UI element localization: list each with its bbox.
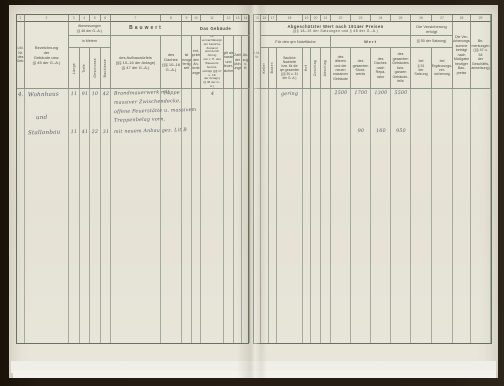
header-wert-2: des gesamten Stock- werks <box>351 48 371 89</box>
col-number: 3 <box>69 15 80 22</box>
entry-wert: 5500 <box>391 91 411 97</box>
scanned-ledger-photo: 1 2 3 4 5 6 7 8 9 10 11 12 13 14 Lfd. Nr… <box>0 0 504 386</box>
header-laenge: Länge <box>69 48 80 89</box>
entry-measure: 22 <box>90 130 100 135</box>
body-column <box>391 89 411 343</box>
header-satzung: bei § 51 der Satzung <box>411 48 432 89</box>
body-column <box>25 89 69 343</box>
zuschlag-label: Zuschlag <box>313 60 317 76</box>
header-versicherungssumme: Die Ver- sicherungs- summe beträgt nach … <box>453 22 471 89</box>
right-page: 15 16 17 18 19 20 21 22 23 24 25 26 27 2… <box>253 14 492 344</box>
entry-measure: 11 <box>69 130 79 135</box>
body-column <box>303 89 311 343</box>
body-column <box>224 89 234 343</box>
col-number: 26 <box>411 15 432 22</box>
col-number: 2 <box>25 15 69 22</box>
entry-number: 4. <box>18 92 24 98</box>
col-number: 7 <box>111 15 161 22</box>
col-number: 12 <box>224 15 234 22</box>
left-body: 4. Wohnhaus und Stallanbau 11 91 10 42 1… <box>17 89 248 343</box>
entry-nachteile: gering <box>281 92 298 97</box>
geschosse-label: Geschosse <box>93 58 97 78</box>
body-column <box>432 89 453 343</box>
col-number: 19 <box>303 15 311 22</box>
body-column <box>411 89 432 343</box>
header-wert-group: Wert <box>331 36 411 48</box>
col-number: 5 <box>90 15 101 22</box>
bauklasse-label: Bauklasse <box>103 59 107 77</box>
col-number: 8 <box>161 15 182 22</box>
entry-wert: 1300 <box>371 91 391 97</box>
body-column <box>277 89 303 343</box>
header-zuschlag: Zuschlag <box>311 48 321 89</box>
tiefe-label: Tiefe <box>82 64 86 73</box>
header-versicherung: Die Versicherung erfolgt <box>411 22 453 36</box>
header-anforderungen: ent- spricht den An- forde- rungen <box>192 36 201 89</box>
col-number: 29 <box>471 15 491 22</box>
entry-measure: 91 <box>80 92 90 97</box>
body-column <box>69 89 80 343</box>
header-wert-4: des gesamten Gebäudes bzw. ganzen Gebäud… <box>391 48 411 89</box>
header-wert-1: des älteren und der neuen massiven Gebäu… <box>331 48 351 89</box>
entry-wert-row4: 160 <box>371 129 391 135</box>
body-column <box>111 89 161 343</box>
entry-wert-row4: 950 <box>391 129 411 135</box>
entry-dach-value: Pappe <box>164 91 180 96</box>
abschlag-label: Abschlag <box>323 60 327 76</box>
col-number: 18 <box>277 15 303 22</box>
body-column <box>331 89 351 343</box>
header-qm-nutzflaeche: Für den qm Nutzfläche <box>261 36 331 48</box>
body-column <box>321 89 331 343</box>
header-tiefe: Tiefe <box>80 48 91 89</box>
header-massiv: gilt als massiv und feuer- sicher <box>224 36 234 89</box>
col-number: 24 <box>371 15 391 22</box>
body-column <box>269 89 277 343</box>
body-column <box>17 89 25 343</box>
page-fold-shadow <box>237 5 267 378</box>
entry-wert-row4: 90 <box>351 129 371 135</box>
header-boden: Boden <box>269 48 277 89</box>
col-number: 4 <box>80 15 91 22</box>
header-hof: Hof <box>303 48 311 89</box>
col-number: 27 <box>432 15 453 22</box>
col-number: 20 <box>311 15 321 22</box>
right-header: 15 16 17 18 19 20 21 22 23 24 25 26 27 2… <box>254 15 491 89</box>
entry-measure: 11 <box>69 92 79 97</box>
body-column <box>371 89 391 343</box>
col-number: 10 <box>192 15 201 22</box>
body-column <box>453 89 471 343</box>
col-number: 23 <box>351 15 371 22</box>
col-number: 6 <box>101 15 112 22</box>
entry-measure: 10 <box>90 92 100 97</box>
body-column <box>201 89 224 343</box>
col-number: 11 <box>201 15 224 22</box>
header-dach: des Daches (§§ 10–16 G.-A.) <box>161 36 182 89</box>
hof-label: Hof <box>304 65 308 71</box>
col-number: 9 <box>182 15 192 22</box>
body-column <box>192 89 201 343</box>
body-column <box>471 89 491 343</box>
entry-measure: 41 <box>80 130 90 135</box>
entry-measure: 42 <box>101 92 111 97</box>
body-column <box>161 89 182 343</box>
left-header: 1 2 3 4 5 6 7 8 9 10 11 12 13 14 Lfd. Nr… <box>17 15 248 89</box>
header-bauklasse: Bauklasse <box>101 48 112 89</box>
header-bauliche-nachteile: Bauliche Nachteile bzw. für die qm gesam… <box>277 48 303 89</box>
header-bemerkungen: Be- merkungen (§§ 47 u. 54 der Geschäfts… <box>471 22 491 89</box>
entry-measure: 31 <box>101 130 111 135</box>
header-abmessungen: Abmessungen (§ 46 der G.-A.) <box>69 22 111 36</box>
body-column <box>90 89 101 343</box>
entry-name-und: und <box>36 115 48 121</box>
header-in-metern: in Metern <box>69 36 111 48</box>
wert-title-line2: (§§ 18–19 der Satzungen und § 48 der G.-… <box>293 29 378 33</box>
header-bauwert: Bauwert <box>111 22 182 36</box>
header-ergaenzung: bei Ergänzungs- ver- sicherung <box>432 48 453 89</box>
header-abgeschaetzter-wert: Abgeschätzter Wert nach 1914er Preisen (… <box>261 22 411 36</box>
header-aufbauwuerfel: des Aufbauwürfels (§§ 10–16 der Anlage) … <box>111 36 161 89</box>
entry-tick: 4 <box>211 92 214 97</box>
header-versicherung-note: (§ 50 der Satzung) <box>411 36 453 48</box>
right-body: gering 2500 1700 1300 5500 90 160 950 <box>254 89 491 343</box>
entry-wert: 1700 <box>351 91 371 97</box>
body-column <box>80 89 91 343</box>
entry-name-stallanbau: Stallanbau <box>28 130 61 137</box>
header-geschosse: Geschosse <box>90 48 101 89</box>
left-page: 1 2 3 4 5 6 7 8 9 10 11 12 13 14 Lfd. Nr… <box>16 14 249 344</box>
header-abschlag: Abschlag <box>321 48 331 89</box>
col-number: 17 <box>269 15 277 22</box>
boden-label: Boden <box>270 62 274 73</box>
laenge-label: Länge <box>72 63 76 74</box>
header-bezeichnung: Bezeichnung der Gebäude usw. (§ 45 der G… <box>25 22 69 89</box>
header-wert-3: des Daches nach Repa- ratur <box>371 48 391 89</box>
body-column <box>182 89 192 343</box>
col-number: 21 <box>321 15 331 22</box>
header-bezugsfertig: ist bezugs- fertig seit <box>182 36 192 89</box>
body-column <box>311 89 321 343</box>
entry-wert: 2500 <box>331 91 351 97</box>
entry-name-wohnhaus: Wohnhaus <box>28 92 59 99</box>
header-vernachlaessigt: ist vernachlässigt: der bauliche Zustand… <box>201 36 224 89</box>
col-number: 25 <box>391 15 411 22</box>
col-number: 22 <box>331 15 351 22</box>
paper-sheet: 1 2 3 4 5 6 7 8 9 10 11 12 13 14 Lfd. Nr… <box>9 5 498 378</box>
col-number: 28 <box>453 15 471 22</box>
body-column <box>351 89 371 343</box>
col-number: 1 <box>17 15 25 22</box>
header-lfd-nr: Lfd. Nr. des Geb. <box>17 22 25 89</box>
body-column <box>101 89 112 343</box>
